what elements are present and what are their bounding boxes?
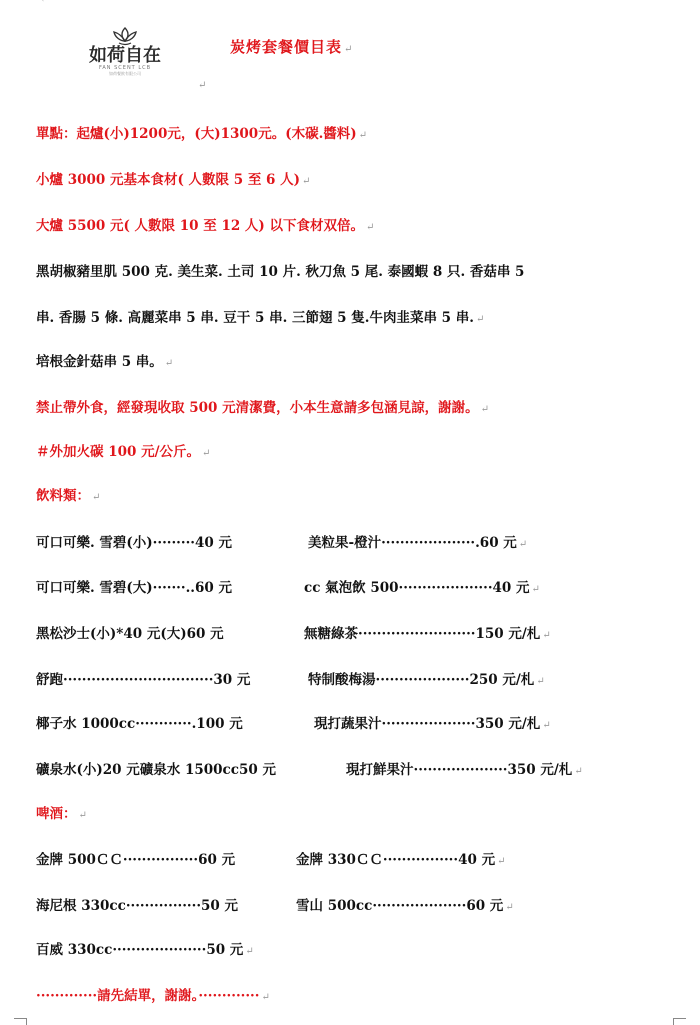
beer-item-left: 百威 330cc····················50 元: [36, 942, 243, 958]
paragraph-mark: ↵: [359, 130, 367, 141]
pricing-text: 小爐 3000 元基本食材( 人數限 5 至 6 人): [36, 172, 300, 188]
pricing-line-small-grill: 小爐 3000 元基本食材( 人數限 5 至 6 人)↵: [36, 170, 310, 192]
beer-row: 金牌 500ＣＣ················60 元 金牌 330ＣＣ···…: [36, 850, 235, 870]
page-title-text: 炭烤套餐價目表: [230, 38, 342, 56]
drink-item-text: 無糖綠茶·························150 元/札: [304, 626, 540, 642]
outside-food-notice: 禁止帶外食，經發現收取 500 元清潔費，小本生意請多包涵見諒，謝謝。↵: [36, 398, 489, 420]
pricing-line-single: 單點：起爐(小)1200元，(大)1300元。(木碳.醬料)↵: [36, 124, 367, 146]
logo-subtitle-cn: 如荷餐飲有限公司: [70, 71, 180, 76]
pricing-line-large-grill: 大爐 5500 元( 人數限 10 至 12 人) 以下食材双倍。↵: [36, 216, 374, 238]
drink-item-right: 美粒果-橙汁····················.60 元↵: [308, 533, 527, 555]
drink-item-text: 特制酸梅湯····················250 元/札: [308, 672, 534, 688]
beer-item-right: 雪山 500cc····················60 元↵: [296, 896, 514, 918]
drink-item-left: 可口可樂. 雪碧(大)·······..60 元: [36, 580, 232, 596]
drink-item-left: 礦泉水(小)20 元礦泉水 1500cc50 元: [36, 762, 276, 778]
paragraph-mark: ↵: [542, 630, 550, 641]
pricing-text: 大爐 5500 元( 人數限 10 至 12 人) 以下食材双倍。: [36, 218, 364, 234]
notice-text: 禁止帶外食，經發現收取 500 元清潔費，小本生意請多包涵見諒，謝謝。: [36, 400, 479, 416]
beer-item-text: 金牌 330ＣＣ················40 元: [296, 852, 495, 868]
ingredients-text: 串. 香腸 5 條. 高麗菜串 5 串. 豆干 5 串. 三節翅 5 隻.牛肉韭…: [36, 310, 474, 326]
paragraph-mark: ↵: [261, 992, 269, 1003]
restaurant-logo: 如荷自在 FAN SCENT LCB 如荷餐飲有限公司: [70, 26, 180, 84]
paragraph-mark: ↵: [481, 404, 489, 415]
footer-text: ·············請先結單，謝謝。·············: [36, 988, 259, 1004]
paragraph-mark: ↵: [79, 810, 87, 821]
paragraph-mark: ↵: [40, 0, 48, 5]
ingredients-text: 培根金針菇串 5 串。: [36, 354, 163, 370]
charcoal-note: ＃外加火碳 100 元/公斤。↵: [36, 442, 210, 464]
page-corner-mark-left: [14, 1018, 27, 1025]
drink-row: 可口可樂. 雪碧(大)·······..60 元 cc 氣泡飲 500·····…: [36, 578, 232, 598]
drink-item-text: cc 氣泡飲 500····················40 元: [304, 580, 530, 596]
drink-item-right: 現打蔬果汁····················350 元/札↵: [314, 714, 551, 736]
drink-row: 可口可樂. 雪碧(小)·········40 元 美粒果-橙汁·········…: [36, 533, 232, 553]
drink-item-right: 特制酸梅湯····················250 元/札↵: [308, 670, 545, 692]
paragraph-mark: ↵: [505, 902, 513, 913]
beer-item-right: 金牌 330ＣＣ················40 元↵: [296, 850, 505, 872]
ingredients-line-1: 黑胡椒豬里肌 500 克. 美生菜. 土司 10 片. 秋刀魚 5 尾. 泰國蝦…: [36, 262, 524, 282]
paragraph-mark: ↵: [366, 222, 374, 233]
drink-item-right: cc 氣泡飲 500····················40 元↵: [304, 578, 540, 600]
beer-item-text: 雪山 500cc····················60 元: [296, 898, 503, 914]
paragraph-mark: ↵: [497, 856, 505, 867]
document-page: ↵ 如荷自在 FAN SCENT LCB 如荷餐飲有限公司 炭烤套餐價目表↵ ↵…: [0, 0, 700, 1025]
drink-row: 黑松沙士(小)*40 元(大)60 元 無糖綠茶················…: [36, 624, 224, 644]
paragraph-mark: ↵: [198, 80, 206, 91]
logo-brand-name: 如荷自在: [70, 47, 180, 65]
ingredients-line-2: 串. 香腸 5 條. 高麗菜串 5 串. 豆干 5 串. 三節翅 5 隻.牛肉韭…: [36, 308, 484, 330]
drink-item-text: 美粒果-橙汁····················.60 元: [308, 535, 517, 551]
paragraph-mark: ↵: [476, 314, 484, 325]
drink-item-text: 現打鮮果汁····················350 元/札: [346, 762, 572, 778]
drink-item-left: 椰子水 1000cc············.100 元: [36, 716, 243, 732]
paragraph-mark: ↵: [536, 676, 544, 687]
paragraph-mark: ↵: [519, 539, 527, 550]
drink-item-left: 可口可樂. 雪碧(小)·········40 元: [36, 535, 232, 551]
page-corner-mark-right: [673, 1018, 686, 1025]
beer-row: 百威 330cc····················50 元↵: [36, 940, 254, 962]
drink-row: 舒跑································30 元 特…: [36, 670, 250, 690]
ingredients-line-3: 培根金針菇串 5 串。↵: [36, 352, 173, 374]
drink-item-left: 黑松沙士(小)*40 元(大)60 元: [36, 626, 224, 642]
ingredients-text: 黑胡椒豬里肌 500 克. 美生菜. 土司 10 片. 秋刀魚 5 尾. 泰國蝦…: [36, 264, 524, 280]
beer-row: 海尼根 330cc················50 元 雪山 500cc··…: [36, 896, 238, 916]
paragraph-mark: ↵: [92, 492, 100, 503]
drink-item-right: 無糖綠茶·························150 元/札↵: [304, 624, 551, 646]
paragraph-mark: ↵: [302, 176, 310, 187]
paragraph-mark: ↵: [202, 448, 210, 459]
lotus-icon: [110, 26, 140, 46]
drink-row: 礦泉水(小)20 元礦泉水 1500cc50 元 現打鮮果汁··········…: [36, 760, 276, 780]
paragraph-mark: ↵: [344, 44, 353, 55]
beer-heading: 啤酒：↵: [36, 804, 87, 826]
footer-note: ·············請先結單，謝謝。·············↵: [36, 986, 270, 1008]
paragraph-mark: ↵: [165, 358, 173, 369]
beer-heading-text: 啤酒：: [36, 806, 77, 822]
drink-item-text: 現打蔬果汁····················350 元/札: [314, 716, 540, 732]
drink-row: 椰子水 1000cc············.100 元 現打蔬果汁······…: [36, 714, 243, 734]
beer-item-left: 金牌 500ＣＣ················60 元: [36, 852, 235, 868]
pricing-text: 單點：起爐(小)1200元，(大)1300元。(木碳.醬料): [36, 126, 357, 142]
drinks-heading-text: 飲料類：: [36, 488, 90, 504]
page-title: 炭烤套餐價目表↵: [230, 36, 353, 57]
paragraph-mark: ↵: [532, 584, 540, 595]
drink-item-right: 現打鮮果汁····················350 元/札↵: [346, 760, 583, 782]
paragraph-mark: ↵: [245, 946, 253, 957]
drink-item-left: 舒跑································30 元: [36, 672, 250, 688]
beer-item-left: 海尼根 330cc················50 元: [36, 898, 238, 914]
charcoal-note-text: ＃外加火碳 100 元/公斤。: [36, 444, 200, 460]
paragraph-mark: ↵: [542, 720, 550, 731]
paragraph-mark: ↵: [574, 766, 582, 777]
drinks-heading: 飲料類：↵: [36, 486, 100, 508]
